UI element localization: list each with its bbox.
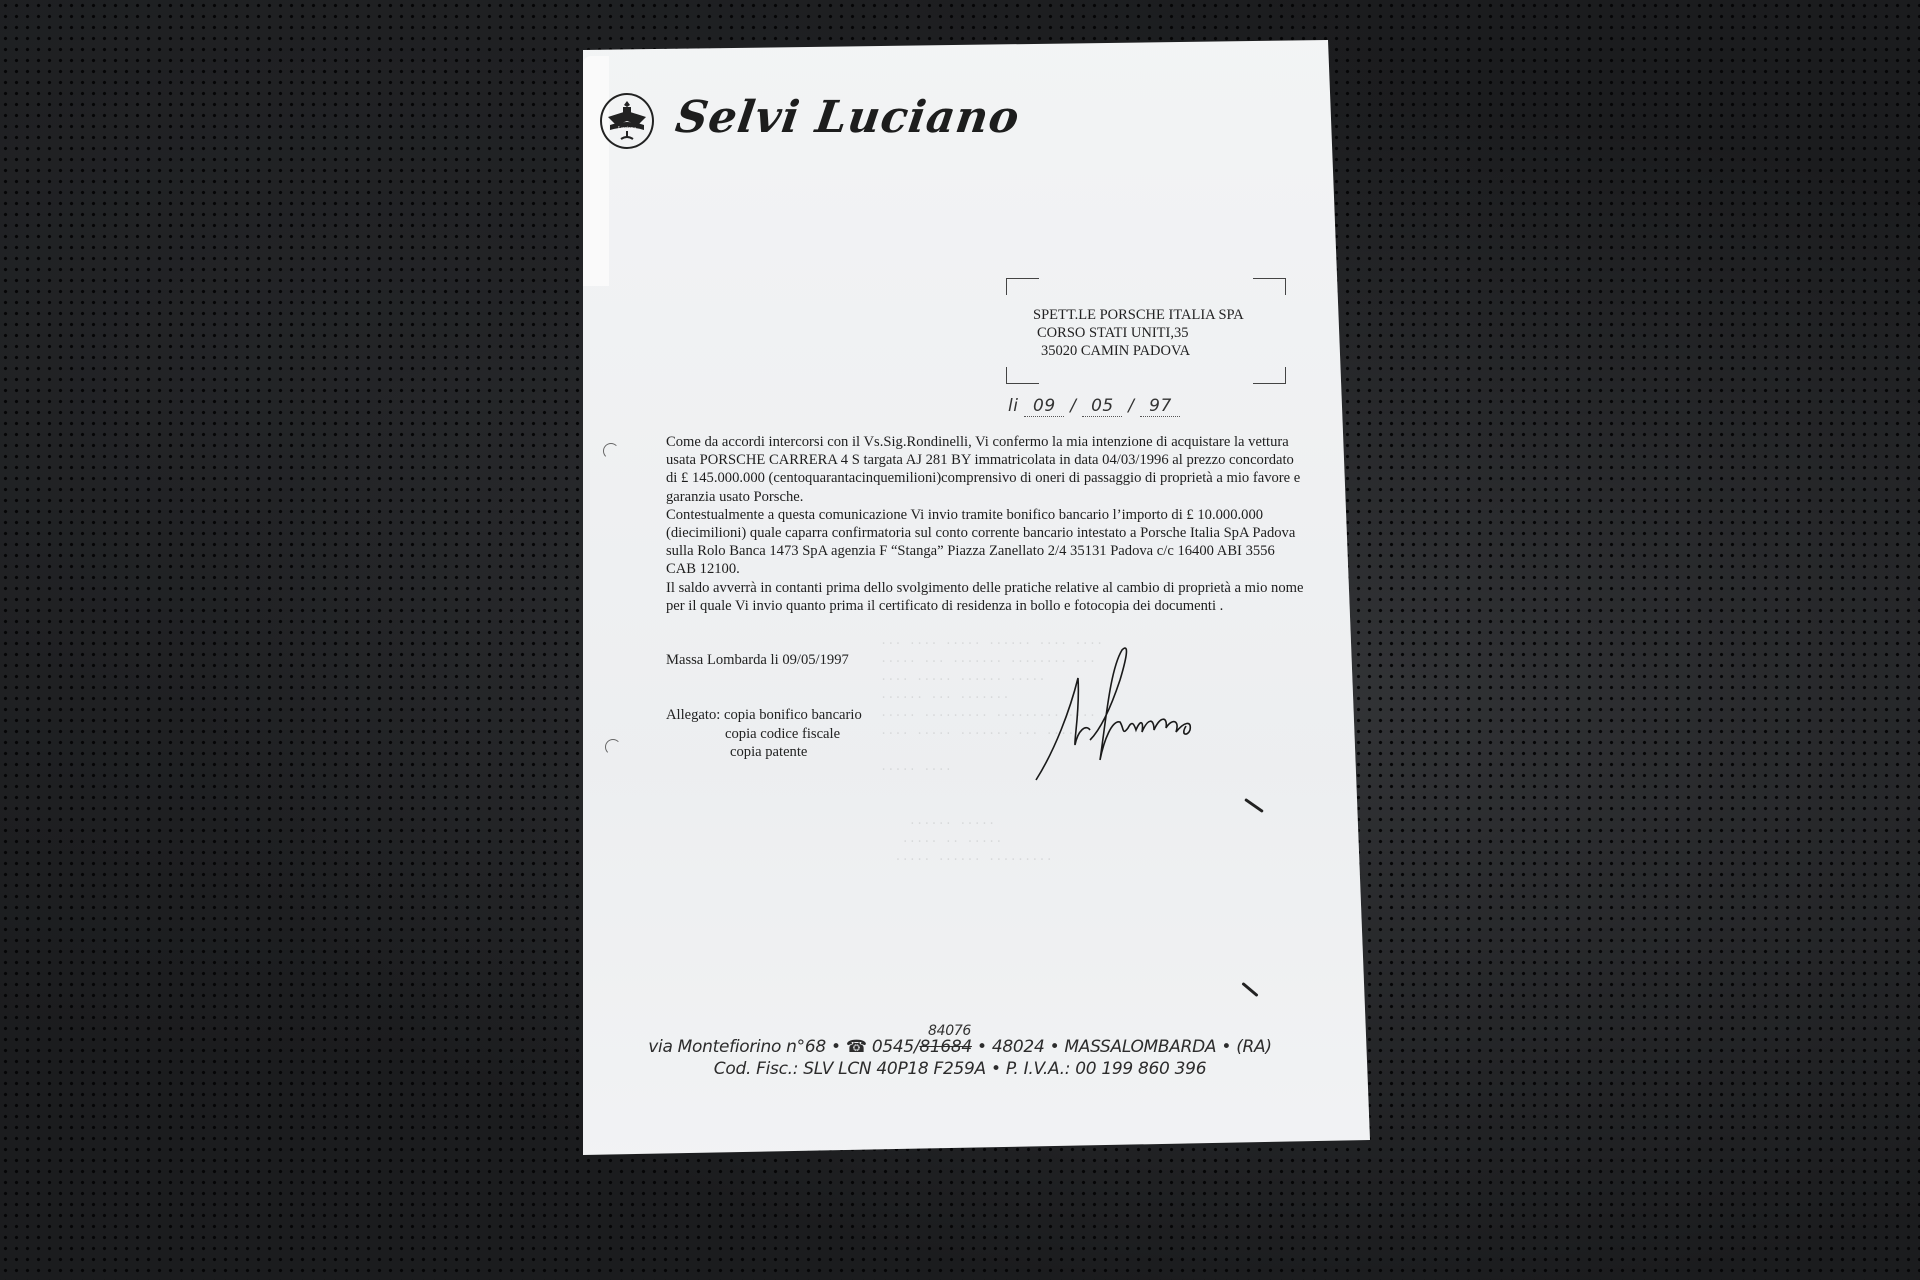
frame-corner (1006, 367, 1039, 384)
attachment-item: copia codice fiscale (666, 725, 862, 744)
attachment-item: copia patente (666, 743, 862, 762)
place-and-date: Massa Lombarda li 09/05/1997 (666, 652, 849, 669)
crest-seal-icon: Luciano (600, 93, 654, 149)
frame-corner (1006, 278, 1039, 295)
body-paragraph: Contestualmente a questa comunicazione V… (666, 506, 1306, 579)
footer-province: (RA) (1236, 1037, 1272, 1057)
handwritten-signature-icon (1030, 640, 1230, 795)
letterhead-footer: 84076 via Montefiorino n°68 • ☎ 0545/816… (600, 1036, 1320, 1080)
punch-hole-mark (605, 739, 621, 755)
letterhead-name: Selvi Luciano (672, 92, 1023, 143)
folded-corner (583, 56, 609, 286)
separator: • (831, 1037, 841, 1057)
handwritten-date: li 09 / 05 / 97 (1008, 396, 1180, 417)
footer-postal: 48024 (992, 1037, 1045, 1057)
telephone-icon: ☎ (846, 1037, 867, 1057)
separator: • (1221, 1037, 1231, 1057)
footer-city: MASSALOMBARDA (1064, 1037, 1216, 1057)
frame-corner (1253, 367, 1286, 384)
recipient-address-box: SPETT.LE PORSCHE ITALIA SPA CORSO STATI … (1006, 278, 1286, 384)
date-month: 05 (1082, 396, 1122, 417)
svg-text:Luciano: Luciano (618, 126, 636, 132)
attachments-list: Allegato: copia bonifico bancario copia … (666, 706, 862, 762)
footer-line-2: Cod. Fisc.: SLV LCN 40P18 F259A • P. I.V… (600, 1058, 1320, 1080)
attachment-item: copia bonifico bancario (724, 707, 862, 723)
recipient-line: 35020 CAMIN PADOVA (1033, 342, 1244, 360)
footer-address: via Montefiorino n°68 (648, 1037, 826, 1057)
date-day: 09 (1024, 396, 1064, 417)
recipient-line: SPETT.LE PORSCHE ITALIA SPA (1033, 306, 1244, 324)
punch-hole-mark (603, 443, 619, 459)
recipient-line: CORSO STATI UNITI,35 (1033, 324, 1244, 342)
frame-corner (1253, 278, 1286, 295)
body-paragraph: Il saldo avverrà in contanti prima dello… (666, 579, 1306, 615)
footer-phone-prefix: 0545/ (872, 1037, 920, 1057)
handwritten-phone-correction: 84076 (928, 1020, 971, 1042)
separator: • (977, 1037, 987, 1057)
date-year: 97 (1140, 396, 1180, 417)
date-prefix: li (1008, 396, 1018, 416)
body-paragraph: Come da accordi intercorsi con il Vs.Sig… (666, 433, 1306, 506)
recipient-address: SPETT.LE PORSCHE ITALIA SPA CORSO STATI … (1033, 306, 1244, 360)
letter-body: Come da accordi intercorsi con il Vs.Sig… (666, 433, 1306, 615)
attachments-label: Allegato: (666, 707, 720, 723)
separator: • (1050, 1037, 1060, 1057)
